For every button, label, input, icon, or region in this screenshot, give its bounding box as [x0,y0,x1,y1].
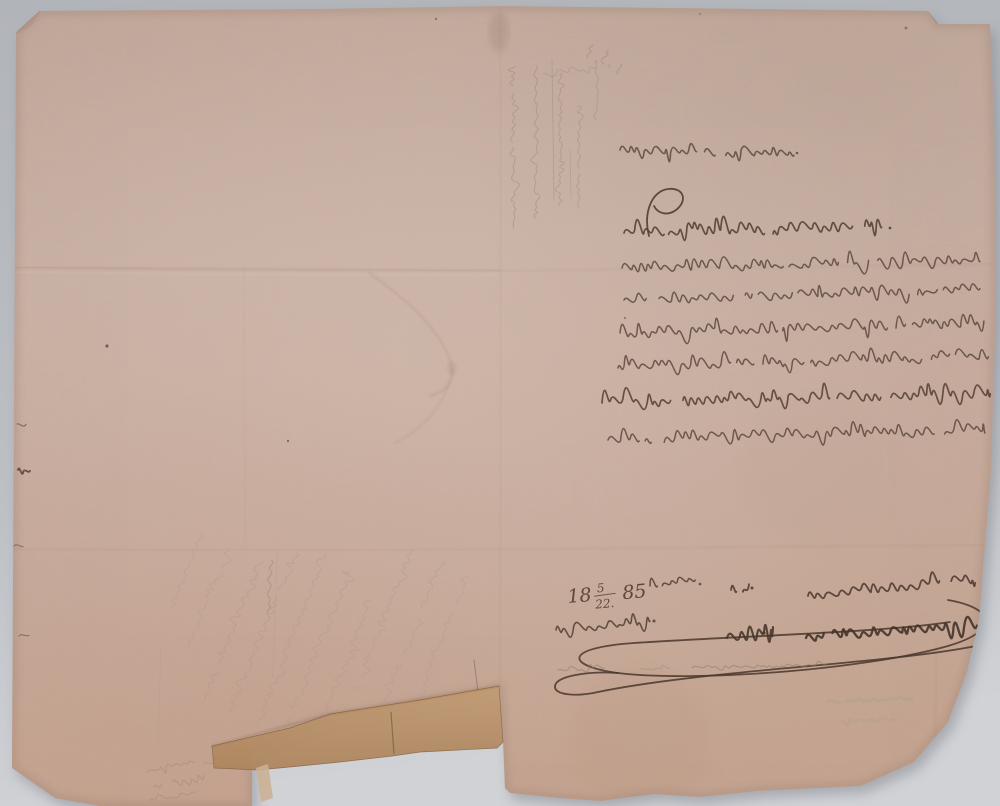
heading-comma [796,152,799,155]
paper-speck [905,27,908,30]
paper-speck [624,317,626,319]
paper-speck [287,440,289,442]
sig-mark-dot [751,587,754,590]
date-year: 85 [621,580,647,604]
date-prefix: 18 [567,584,593,608]
place-period [653,620,656,623]
photo-of-handwritten-letter: 18 5 22. 85 [0,0,1000,806]
stain-blotch [570,665,710,805]
sig-initial-dot1 [762,631,765,634]
fold-smudge [489,12,509,52]
stain-spot [447,361,457,375]
document-photo-canvas: 18 5 22. 85 [0,0,1000,806]
paper-speck [105,344,108,347]
stain-blotch [740,390,900,550]
salutation-comma [889,227,892,230]
sig-initial-dot2 [771,635,774,638]
date-fraction-denominator: 22. [594,596,615,612]
date-period [699,583,702,586]
paper-speck [435,18,437,20]
paper-surface-details: 18 5 22. 85 [0,0,1000,806]
paper-speck [699,13,701,15]
date-fraction-numerator: 5 [596,581,605,596]
